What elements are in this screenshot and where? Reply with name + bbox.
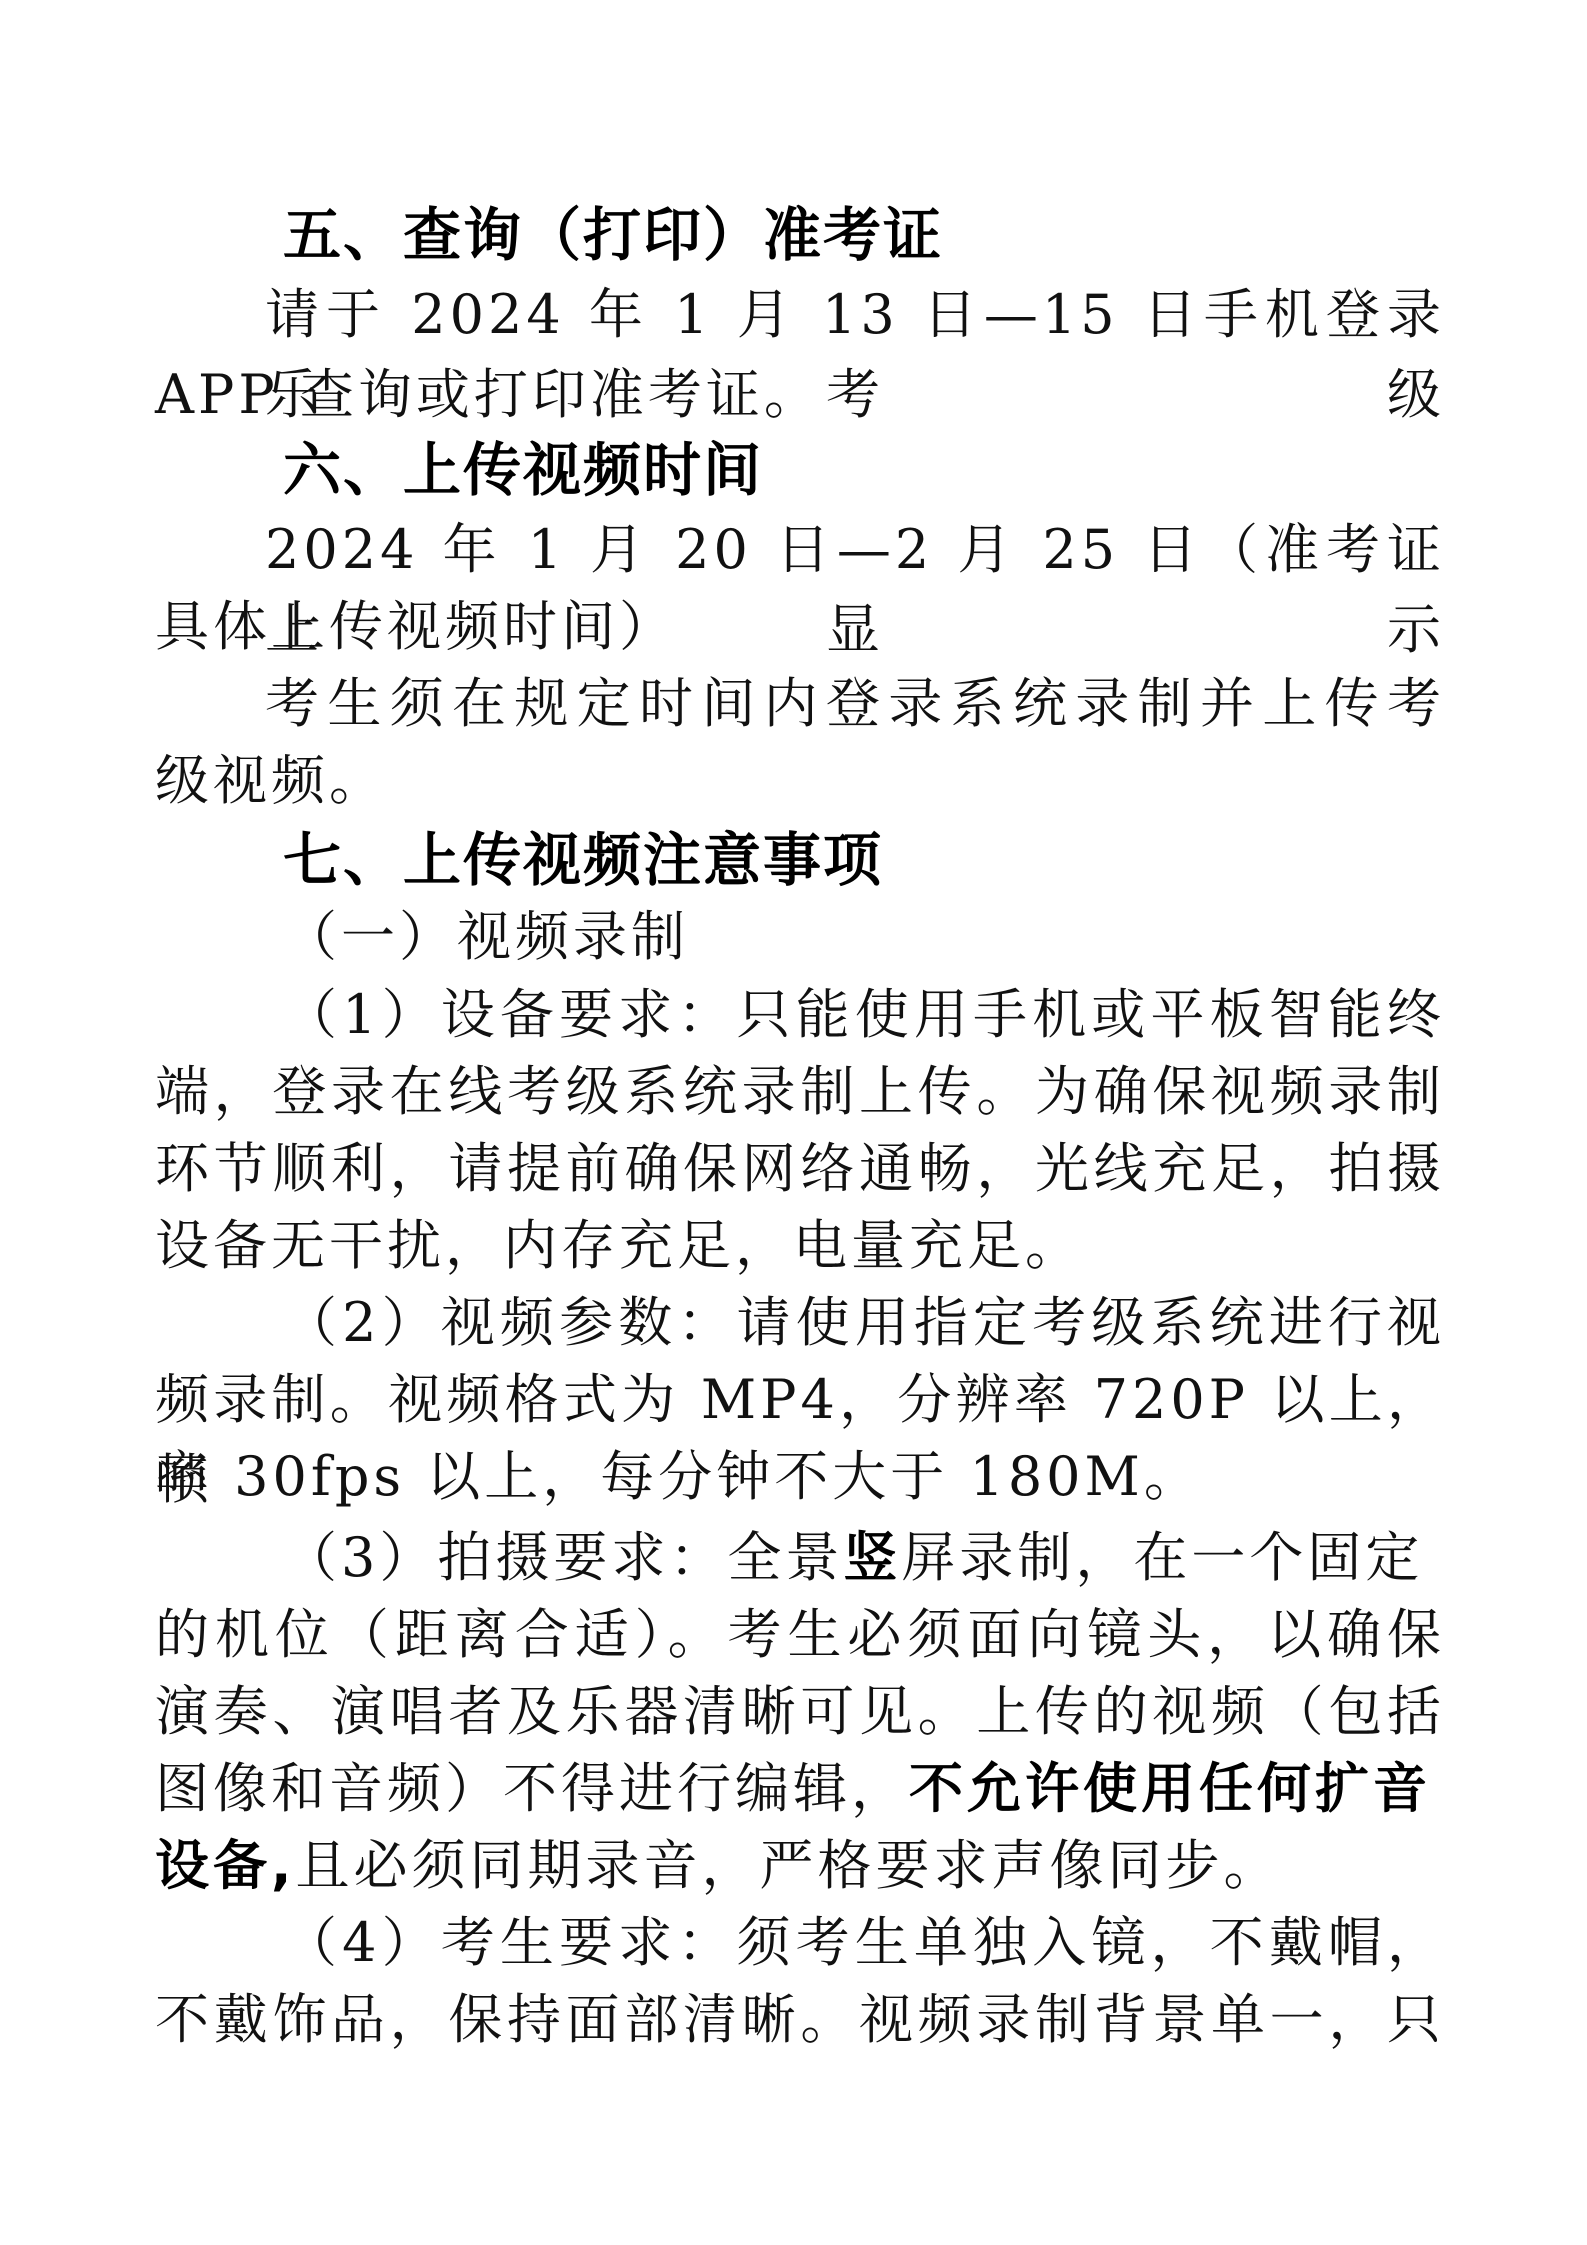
document-page: 五、查询（打印）准考证 请于 2024 年 1 月 13 日—15 日手机登录乐… — [0, 0, 1587, 2245]
text-run: 屏录制，在一个固定 — [901, 1526, 1423, 1589]
paragraph-line: 考生须在规定时间内登录系统录制并上传考 — [265, 664, 1445, 744]
item-1-line: 设备无干扰，内存充足，电量充足。 — [155, 1206, 1445, 1286]
item-1-line: （1）设备要求：只能使用手机或平板智能终 — [283, 975, 1445, 1055]
item-4-line: （4）考生要求：须考生单独入镜，不戴帽， — [283, 1903, 1445, 1983]
text-run: （3）拍摄要求：全景 — [283, 1526, 843, 1589]
item-3-line: 的机位（距离合适）。考生必须面向镜头，以确保 — [155, 1595, 1445, 1675]
item-3-line: （3）拍摄要求：全景竖屏录制，在一个固定 — [283, 1518, 1573, 1598]
text-run: 图像和音频）不得进行编辑， — [155, 1757, 909, 1820]
bold-text-run: 竖 — [843, 1526, 901, 1589]
paragraph-line: APP 查询或打印准考证。 — [155, 355, 1445, 435]
item-3-line: 设备,且必须同期录音，严格要求声像同步。 — [155, 1826, 1445, 1906]
section-heading-7: 七、上传视频注意事项 — [283, 820, 883, 900]
item-1-line: 端，登录在线考级系统录制上传。为确保视频录制 — [155, 1052, 1445, 1132]
paragraph-line: 具体上传视频时间） — [155, 587, 1445, 667]
item-4-line: 不戴饰品，保持面部清晰。视频录制背景单一，只 — [155, 1980, 1445, 2060]
item-3-line: 演奏、演唱者及乐器清晰可见。上传的视频（包括 — [155, 1672, 1445, 1752]
text-run: 且必须同期录音，严格要求声像同步。 — [296, 1834, 1282, 1897]
paragraph-line: 级视频。 — [155, 741, 1445, 821]
item-1-line: 环节顺利，请提前确保网络通畅，光线充足，拍摄 — [155, 1129, 1445, 1209]
item-2-line: 率 30fps 以上，每分钟不大于 180M。 — [155, 1437, 1445, 1517]
bold-text-run: 设备, — [155, 1834, 296, 1897]
item-2-line: （2）视频参数：请使用指定考级系统进行视 — [283, 1283, 1445, 1363]
subsection-heading: （一）视频录制 — [283, 897, 1573, 977]
bold-text-run: 不允许使用任何扩音 — [909, 1757, 1431, 1820]
section-heading-5: 五、查询（打印）准考证 — [283, 195, 943, 275]
section-heading-6: 六、上传视频时间 — [283, 430, 763, 510]
item-3-line: 图像和音频）不得进行编辑，不允许使用任何扩音 — [155, 1749, 1445, 1829]
